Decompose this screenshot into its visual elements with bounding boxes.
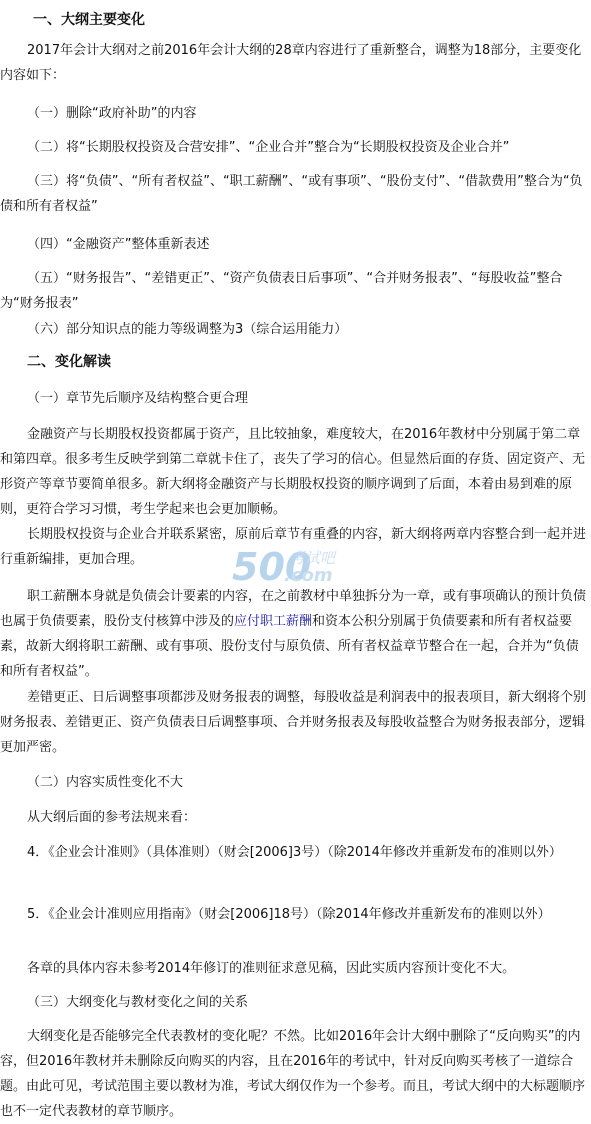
reference-4: 4．《企业会计准则》（具体准则）（财会[2006]3号）（除2014年修改并重新… xyxy=(0,840,589,865)
change-item-2: （二）将“长期股权投资及合营安排”、“企业合并”整合为“长期股权投资及企业合并” xyxy=(0,135,589,160)
link-payable-salary[interactable]: 应付职工薪酬 xyxy=(234,614,312,629)
change-item-6: （六）部分知识点的能力等级调整为3（综合运用能力） xyxy=(0,317,589,342)
sub1-para-4: 差错更正、日后调整事项都涉及财务报表的调整，每股收益是利润表中的报表项目，新大纲… xyxy=(0,685,589,760)
sub3-title: （三）大纲变化与教材变化之间的关系 xyxy=(0,990,589,1015)
section2-heading: 二、变化解读 xyxy=(0,350,589,375)
sub1-para-3: 职工薪酬本身就是负债会计要素的内容，在之前教材中单独拆分为一章，或有事项确认的预… xyxy=(0,584,589,684)
sub3-para-1: 大纲变化是否能够完全代表教材的变化呢？不然。比如2016年会计大纲中删除了“反向… xyxy=(0,1024,589,1124)
change-item-4: （四）“金融资产”整体重新表述 xyxy=(0,232,589,257)
reference-5: 5．《企业会计准则应用指南》（财会[2006]18号）（除2014年修改并重新发… xyxy=(0,902,589,927)
sub1-para-1: 金融资产与长期股权投资都属于资产，且比较抽象，难度较大，在2016年教材中分别属… xyxy=(0,422,589,522)
sub2-title: （二）内容实质性变化不大 xyxy=(0,770,589,795)
change-item-3: （三）将“负债”、“所有者权益”、“职工薪酬”、“或有事项”、“股份支付”、“借… xyxy=(0,169,589,219)
change-item-1: （一）删除“政府补助”的内容 xyxy=(0,101,589,126)
sub1-title: （一）章节先后顺序及结构整合更合理 xyxy=(0,386,589,411)
sub2-para-2: 各章的具体内容未参考2014年修订的准则征求意见稿，因此实质内容预计变化不大。 xyxy=(0,956,589,981)
change-item-5: （五）“财务报告”、“差错更正”、“资产负债表日后事项”、“合并财务报表”、“每… xyxy=(0,266,589,316)
section1-heading: 一、大纲主要变化 xyxy=(0,8,589,33)
section1-intro: 2017年会计大纲对之前2016年会计大纲的28章内容进行了重新整合，调整为18… xyxy=(0,38,589,88)
sub2-para-1: 从大纲后面的参考法规来看： xyxy=(0,805,589,830)
sub1-para-2: 长期股权投资与企业合并联系紧密，原前后章节有重叠的内容，新大纲将两章内容整合到一… xyxy=(0,522,589,572)
